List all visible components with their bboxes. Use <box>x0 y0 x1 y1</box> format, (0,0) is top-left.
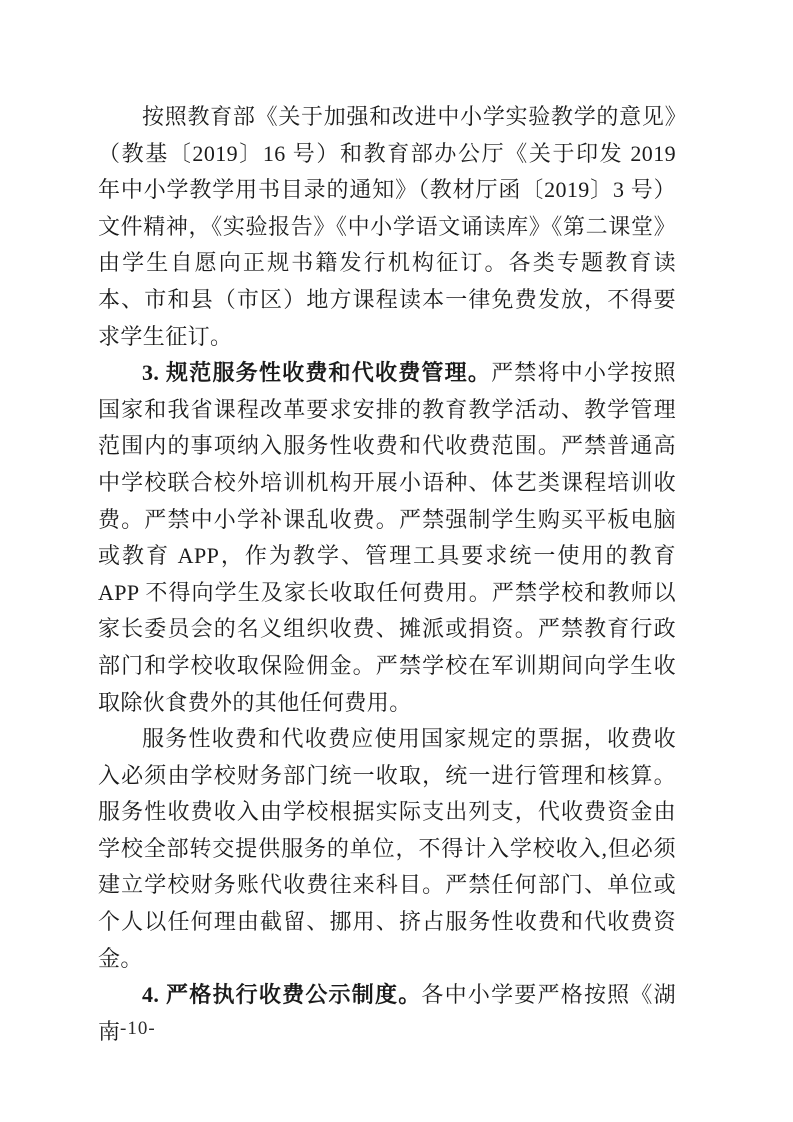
paragraph-text: 严禁将中小学按照国家和我省课程改革要求安排的教育教学活动、教学管理范围内的事项纳… <box>98 360 676 714</box>
paragraph-textbook-subscription: 按照教育部《关于加强和改进中小学实验教学的意见》（教基〔2019〕16 号）和教… <box>98 99 676 355</box>
document-page: 按照教育部《关于加强和改进中小学实验教学的意见》（教基〔2019〕16 号）和教… <box>0 0 793 1122</box>
paragraph-text: 按照教育部《关于加强和改进中小学实验教学的意见》（教基〔2019〕16 号）和教… <box>98 104 676 349</box>
section-heading-3: 3. 规范服务性收费和代收费管理。 <box>142 360 491 385</box>
paragraph-text: 服务性收费和代收费应使用国家规定的票据，收费收入必须由学校财务部门统一收取，统一… <box>98 726 676 971</box>
paragraph-fee-accounting: 服务性收费和代收费应使用国家规定的票据，收费收入必须由学校财务部门统一收取，统一… <box>98 721 676 977</box>
page-number: -10- <box>120 1018 156 1040</box>
section-heading-4: 4. 严格执行收费公示制度。 <box>142 982 421 1007</box>
document-body: 按照教育部《关于加强和改进中小学实验教学的意见》（教基〔2019〕16 号）和教… <box>98 99 676 1050</box>
paragraph-fee-publicity-system: 4. 严格执行收费公示制度。各中小学要严格按照《湖南 <box>98 977 676 1050</box>
paragraph-service-fee-regulation: 3. 规范服务性收费和代收费管理。严禁将中小学按照国家和我省课程改革要求安排的教… <box>98 355 676 721</box>
